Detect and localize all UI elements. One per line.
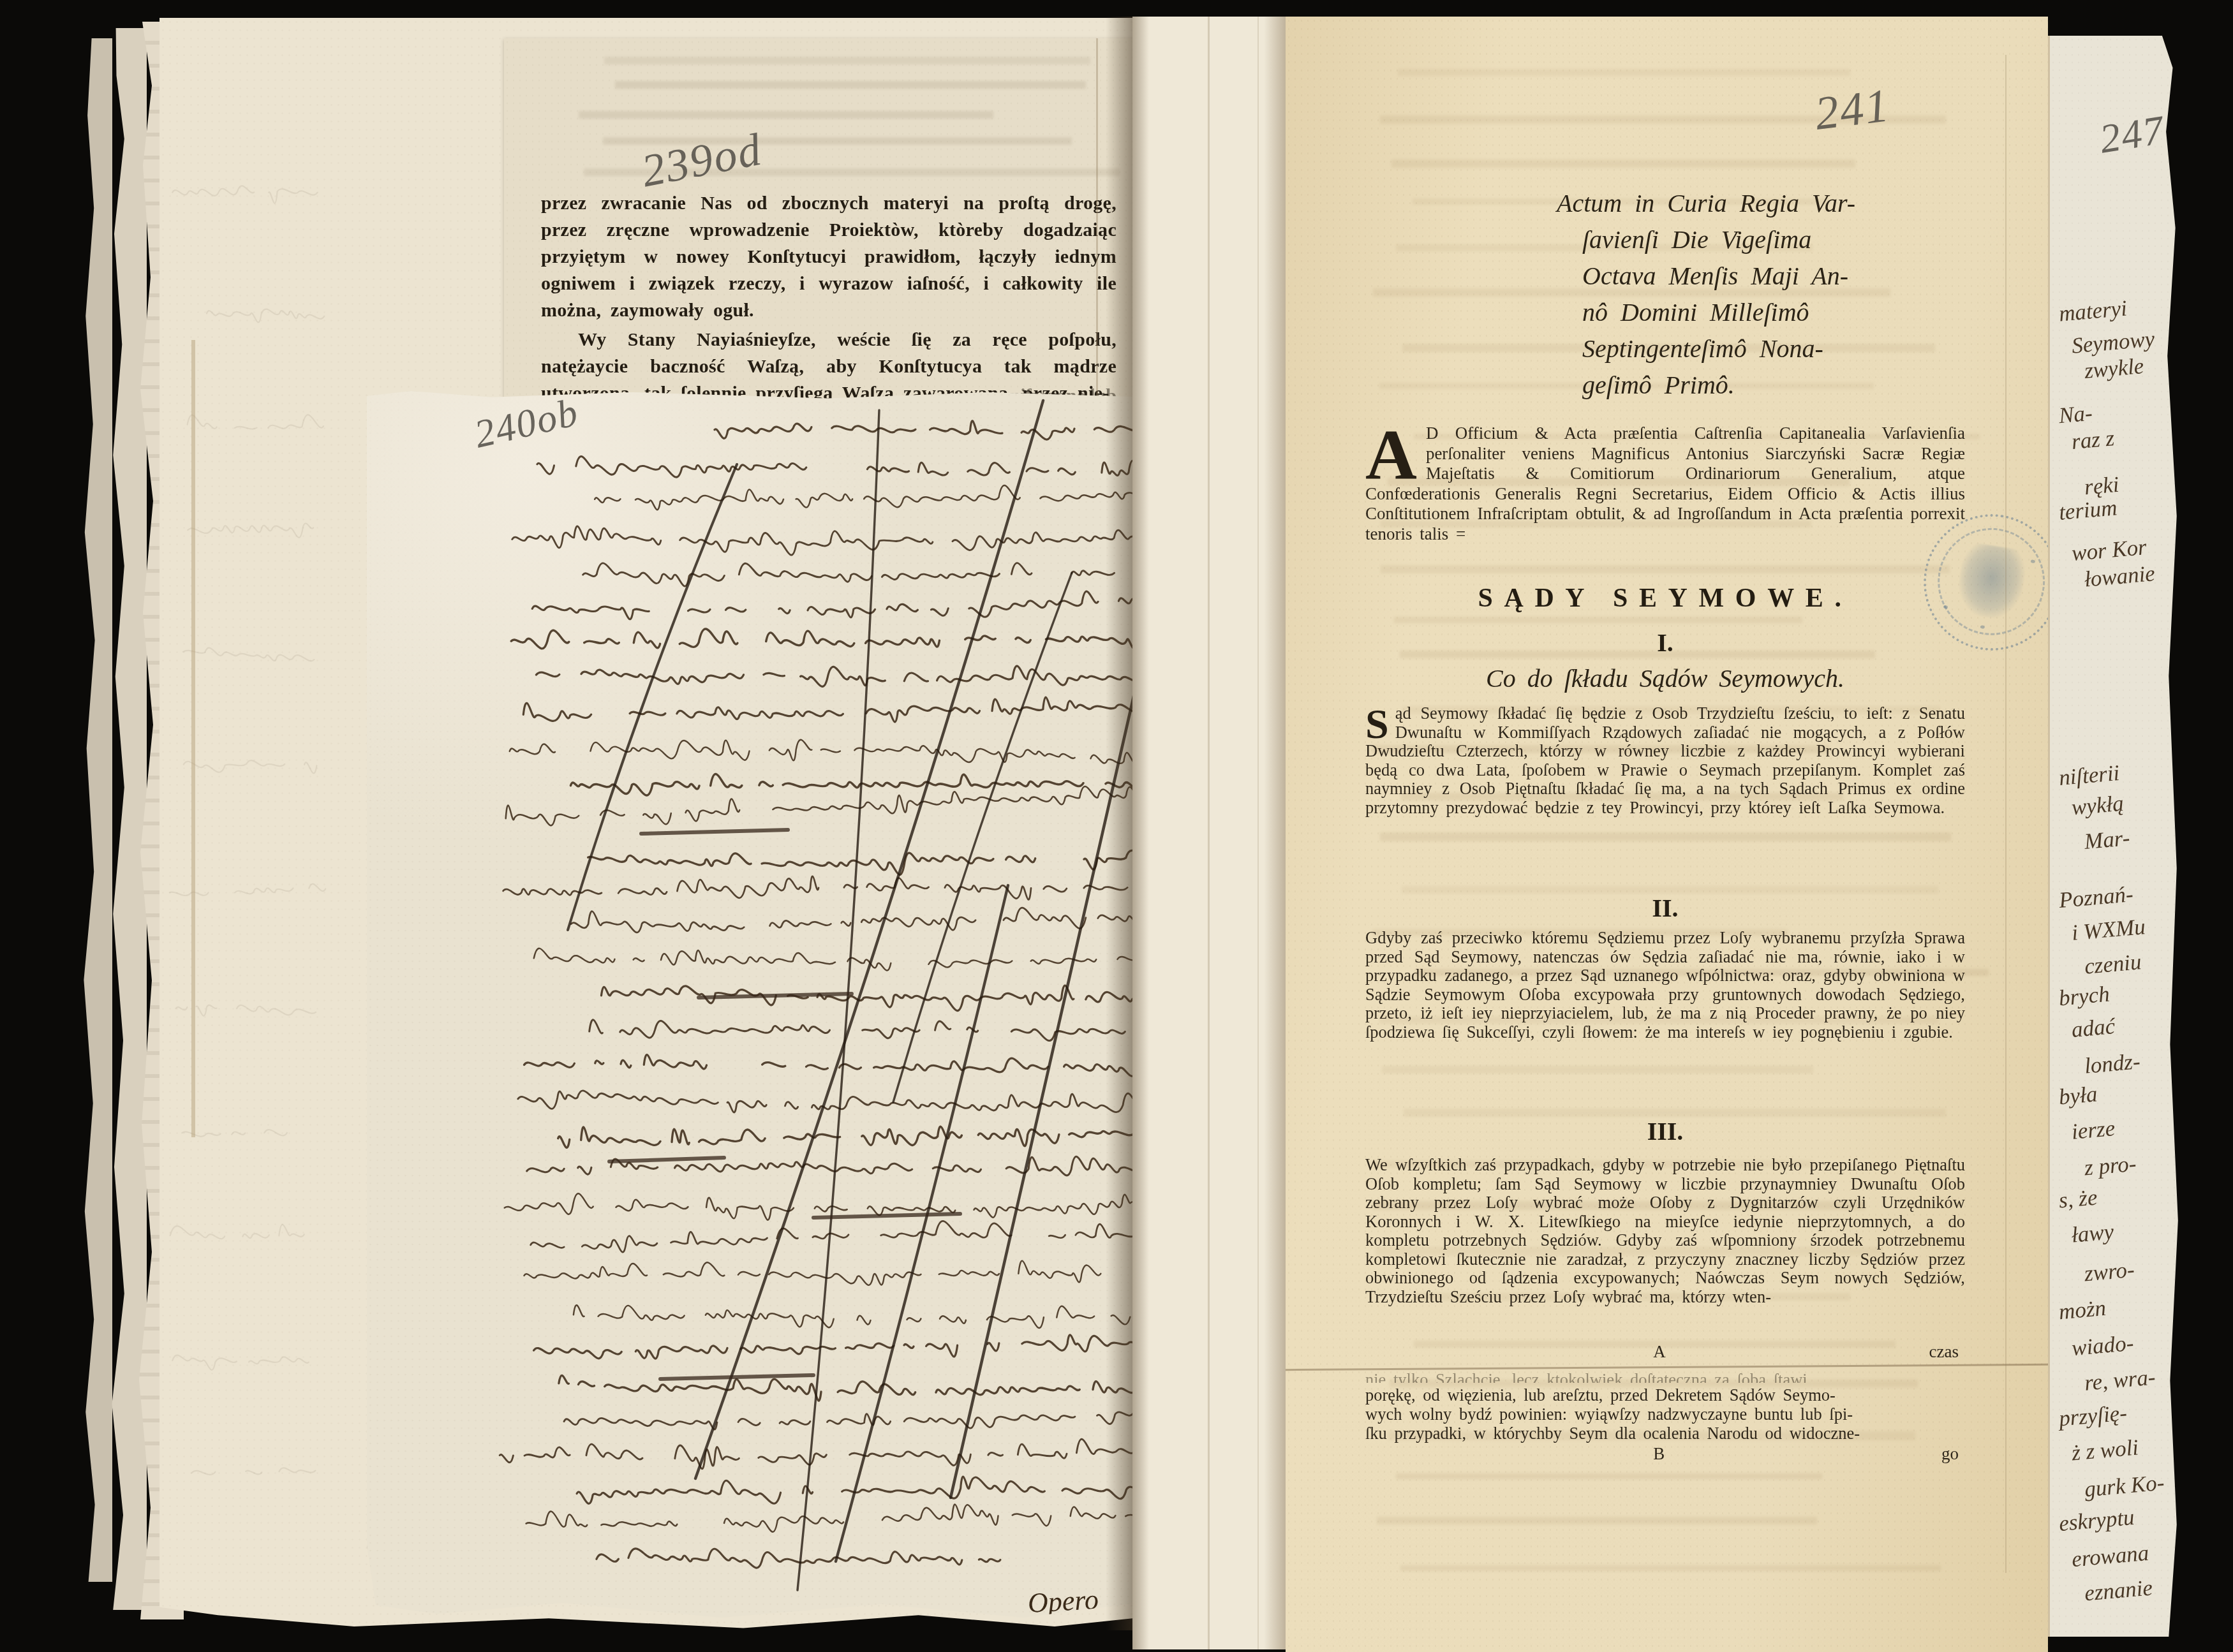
section-subtitle: Co do ſkładu Sądów Seymowych. <box>1365 663 1965 693</box>
pencil-folio-mark: 239od <box>637 123 766 198</box>
left-page: 239od przez zwracanie Nas od zbocznych m… <box>159 18 1132 1630</box>
handwriting-fragment: raz z <box>2070 425 2115 455</box>
handwriting-fragment: terium <box>2058 495 2118 526</box>
handwriting-fragment: re, wra- <box>2083 1364 2156 1396</box>
ghost-text-line <box>579 111 993 119</box>
section-numeral: II. <box>1365 893 1965 923</box>
handwriting-fragment: materyi <box>2058 295 2128 327</box>
pencil-folio-number: 247 <box>2096 106 2168 163</box>
drop-cap: A <box>1365 424 1426 482</box>
handwriting-fragment: z pro- <box>2083 1151 2137 1181</box>
manuscript-catchword: Opero <box>1023 1583 1104 1623</box>
catchword: go <box>1941 1444 1959 1464</box>
pencil-folio-number: 241 <box>1812 78 1892 142</box>
bottom-fragment-line: porękę, od więzienia, lub areſztu, przed… <box>1365 1385 1965 1405</box>
ghost-text-line <box>604 57 1090 64</box>
handwriting-fragment: zwykle <box>2083 353 2144 384</box>
handwriting-fragment: możn <box>2058 1295 2107 1325</box>
intro-text: D Officium & Acta præſentia Caſtrenſia C… <box>1365 424 1965 543</box>
handwriting-fragment: erowana <box>2070 1540 2149 1572</box>
gutter-shadow <box>1106 17 1132 1630</box>
cut-off-print-line: nie tylko Szlachcie, lecz ktokolwiek doſ… <box>1365 1371 1965 1383</box>
section-2-paragraph: Gdyby zaś przeciwko któremu Sędziemu prz… <box>1365 929 1965 1042</box>
handwriting-fragment: ławy <box>2070 1219 2114 1248</box>
handwriting-fragment: wor Kor <box>2070 535 2148 566</box>
paper-crease <box>1257 17 1259 1649</box>
actum-line: Septingenteſimô Nona- <box>1582 330 1965 367</box>
handwriting-fragment: przyſię- <box>2058 1400 2128 1431</box>
handwriting-fragment: Mar- <box>2083 825 2130 855</box>
handwriting-fragment: wiado- <box>2070 1331 2134 1361</box>
handwriting-fragment: eznanie <box>2083 1575 2153 1606</box>
ghost-text-line <box>1398 69 1850 76</box>
stamp-eagle-smudge <box>1954 542 2028 622</box>
handwriting-fragment: zwro- <box>2083 1257 2135 1287</box>
handwriting-fragment: londz- <box>2083 1049 2141 1079</box>
handwriting-fragment: s, że <box>2058 1184 2098 1213</box>
inner-sheet-edge <box>191 340 195 1137</box>
main-title: SĄDY SEYMOWE. <box>1365 583 1965 614</box>
ghost-text-line <box>1380 832 1952 841</box>
actum-heading: Actum in Curia Regia Var- ſavienſi Die V… <box>1365 185 1965 403</box>
right-edge-page: 247 materyiSeymowyzwykleNa-raz zrękiteri… <box>2048 36 2181 1637</box>
printed-fragment-page: 239od przez zwracanie Nas od zbocznych m… <box>504 38 1161 399</box>
intro-paragraph: AD Officium & Acta præſentia Caſtrenſia … <box>1365 424 1965 544</box>
drop-cap: S <box>1365 704 1395 741</box>
section-3-paragraph: We wſzyſtkich zaś przypadkach, gdyby w p… <box>1365 1156 1965 1306</box>
ghost-text-line <box>1391 159 1855 168</box>
ghost-text-line <box>1394 617 1802 623</box>
paper-crease <box>1208 17 1210 1649</box>
handwriting-fragment: łowanie <box>2083 561 2156 593</box>
section-1-text: ąd Seymowy ſkładać ſię będzie z Osob Trz… <box>1365 704 1965 817</box>
bleedthrough-handwriting <box>159 133 351 1587</box>
paper-crease <box>2005 55 2007 1573</box>
actum-line: geſimô Primô. <box>1582 367 1965 403</box>
bottom-fragment-line: ſku przypadki, w którychby Seym dla ocal… <box>1365 1424 1965 1443</box>
actum-line: nô Domini Milleſimô <box>1582 294 1965 330</box>
handwriting-fragment: czeniu <box>2083 949 2142 980</box>
signature-mark: A <box>1653 1342 1666 1362</box>
handwriting-fragment: i WXMu <box>2070 914 2146 946</box>
paper-crease <box>1096 38 1098 399</box>
handwriting-fragment: Poznań- <box>2058 881 2134 913</box>
ghost-text-line <box>1400 1565 1941 1571</box>
handwriting-fragment: Seymowy <box>2071 326 2156 358</box>
handwriting-fragment: gurk Ko- <box>2083 1470 2165 1503</box>
section-numeral: I. <box>1365 628 1965 658</box>
handwriting-fragment: była <box>2058 1081 2098 1110</box>
printed-paragraph: przez zwracanie Nas od zbocznych materyi… <box>541 190 1116 324</box>
handwriting-fragment: Na- <box>2058 401 2093 429</box>
handwriting-fragment: brych <box>2058 982 2111 1012</box>
bottom-fragment-line: wych wolny bydź powinien: wyiąwſzy nadzw… <box>1365 1405 1965 1424</box>
handwriting-fragment: eskryptu <box>2058 1505 2135 1537</box>
ghost-text-line <box>1396 1473 1822 1479</box>
actum-line: ſavienſi Die Vigeſima <box>1582 221 1965 258</box>
guard-strip <box>1132 17 1286 1649</box>
ghost-text-line <box>1381 565 1950 573</box>
ghost-text-line <box>615 81 1086 89</box>
handwriting-fragment: ż z woli <box>2070 1434 2139 1466</box>
actum-line: Actum in Curia Regia Var- <box>1557 185 1965 221</box>
handwriting-fragment: wykłą <box>2070 791 2125 821</box>
section-numeral: III. <box>1365 1116 1965 1146</box>
signature-mark: B <box>1653 1444 1665 1464</box>
handwriting-fragment: niſterii <box>2058 760 2120 791</box>
ghost-text-line <box>1377 1517 1817 1524</box>
right-page: 241 Actum in Curia Regia Var- ſavienſi D… <box>1286 17 2048 1652</box>
catchword: czas <box>1929 1342 1959 1362</box>
actum-line: Octava Menſis Maji An- <box>1582 258 1965 294</box>
archival-book-spread-photo: 239od przez zwracanie Nas od zbocznych m… <box>0 0 2233 1652</box>
signature-catchword-line: A czas <box>1365 1342 1965 1364</box>
ghost-text-line <box>1382 1066 1813 1073</box>
handwriting-fragment: adać <box>2070 1014 2116 1043</box>
page-stack-edge <box>66 38 112 1582</box>
section-1-paragraph: Sąd Seymowy ſkładać ſię będzie z Osob Tr… <box>1365 704 1965 817</box>
handwriting-fragment: ierze <box>2070 1116 2116 1145</box>
signature-catchword-line: B go <box>1365 1444 1965 1466</box>
